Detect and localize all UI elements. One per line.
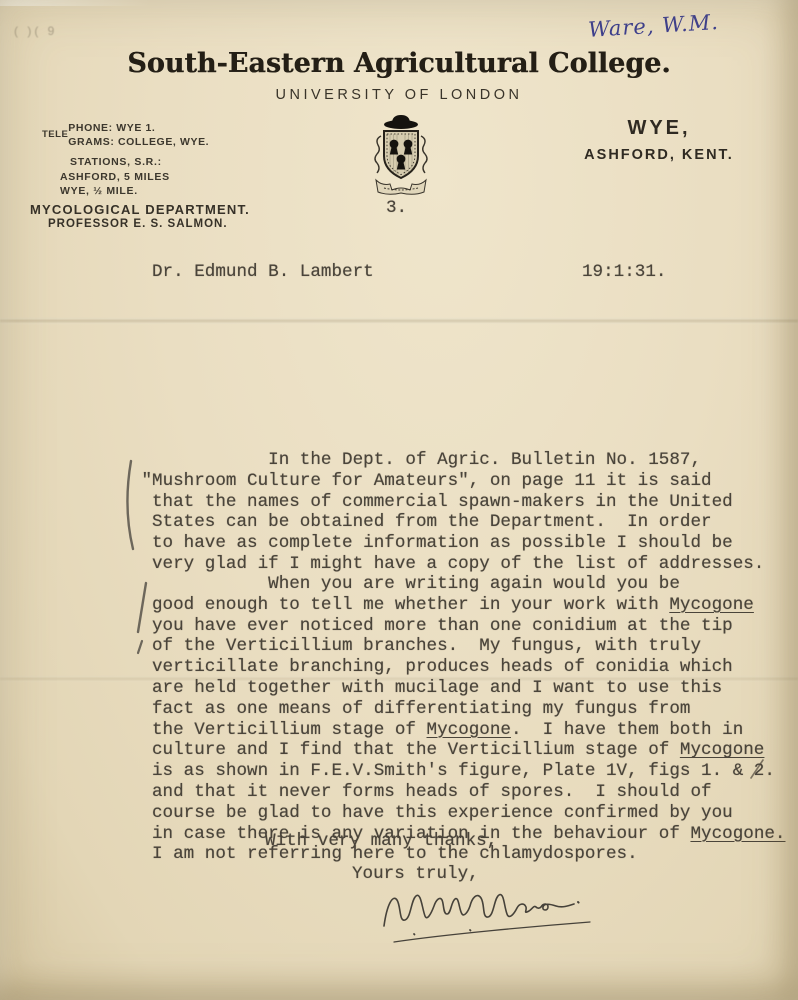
- paper-crease-top: [0, 318, 798, 324]
- handwritten-filing-name: Ware, W.M.: [587, 8, 748, 42]
- station-ashford: ASHFORD, 5 MILES: [60, 170, 170, 185]
- margin-tick-paragraph-2: [138, 641, 142, 653]
- telephone-line: PHONE: WYE 1.: [68, 122, 209, 136]
- signature: [378, 884, 608, 954]
- stations-heading: STATIONS, S.R.:: [60, 155, 170, 170]
- address-block: WYE, ASHFORD, KENT.: [580, 117, 738, 163]
- scan-edge-highlight: [0, 0, 150, 6]
- margin-mark-paragraph-2: [138, 583, 146, 632]
- college-name-title: South-Eastern Agricultural College.: [0, 48, 798, 79]
- professor-line: PROFESSOR E. S. SALMON.: [48, 218, 228, 230]
- address-ashford-kent: ASHFORD, KENT.: [580, 147, 738, 163]
- station-wye: WYE, ½ MILE.: [60, 184, 170, 199]
- college-crest-icon: [368, 112, 434, 200]
- university-line: UNIVERSITY OF LONDON: [0, 87, 798, 103]
- department-line: MYCOLOGICAL DEPARTMENT.: [30, 202, 250, 217]
- recipient-name: Dr. Edmund B. Lambert: [152, 262, 374, 282]
- telephone-telegrams-block: TELE PHONE: WYE 1. GRAMS: COLLEGE, WYE.: [42, 122, 209, 149]
- tele-prefix-label: TELE: [42, 129, 68, 149]
- valediction: Yours truly,: [352, 864, 479, 884]
- faint-corner-marks: ( )( 9: [14, 24, 57, 38]
- telegrams-line: GRAMS: COLLEGE, WYE.: [68, 136, 209, 150]
- closing-thanks: With very many thanks,: [265, 831, 497, 851]
- letter-paragraph-1: In the Dept. of Agric. Bulletin No. 1587…: [152, 450, 764, 575]
- scanned-letter-page: ( )( 9 Ware, W.M. South-Eastern Agricult…: [0, 0, 798, 1000]
- stations-block: STATIONS, S.R.: ASHFORD, 5 MILES WYE, ½ …: [60, 155, 170, 199]
- letter-paragraph-2: When you are writing again would you beg…: [152, 574, 786, 865]
- margin-mark-paragraph-1: [127, 461, 133, 549]
- letter-date: 19:1:31.: [582, 262, 666, 282]
- address-wye: WYE,: [580, 117, 738, 140]
- page-number: 3.: [386, 198, 407, 218]
